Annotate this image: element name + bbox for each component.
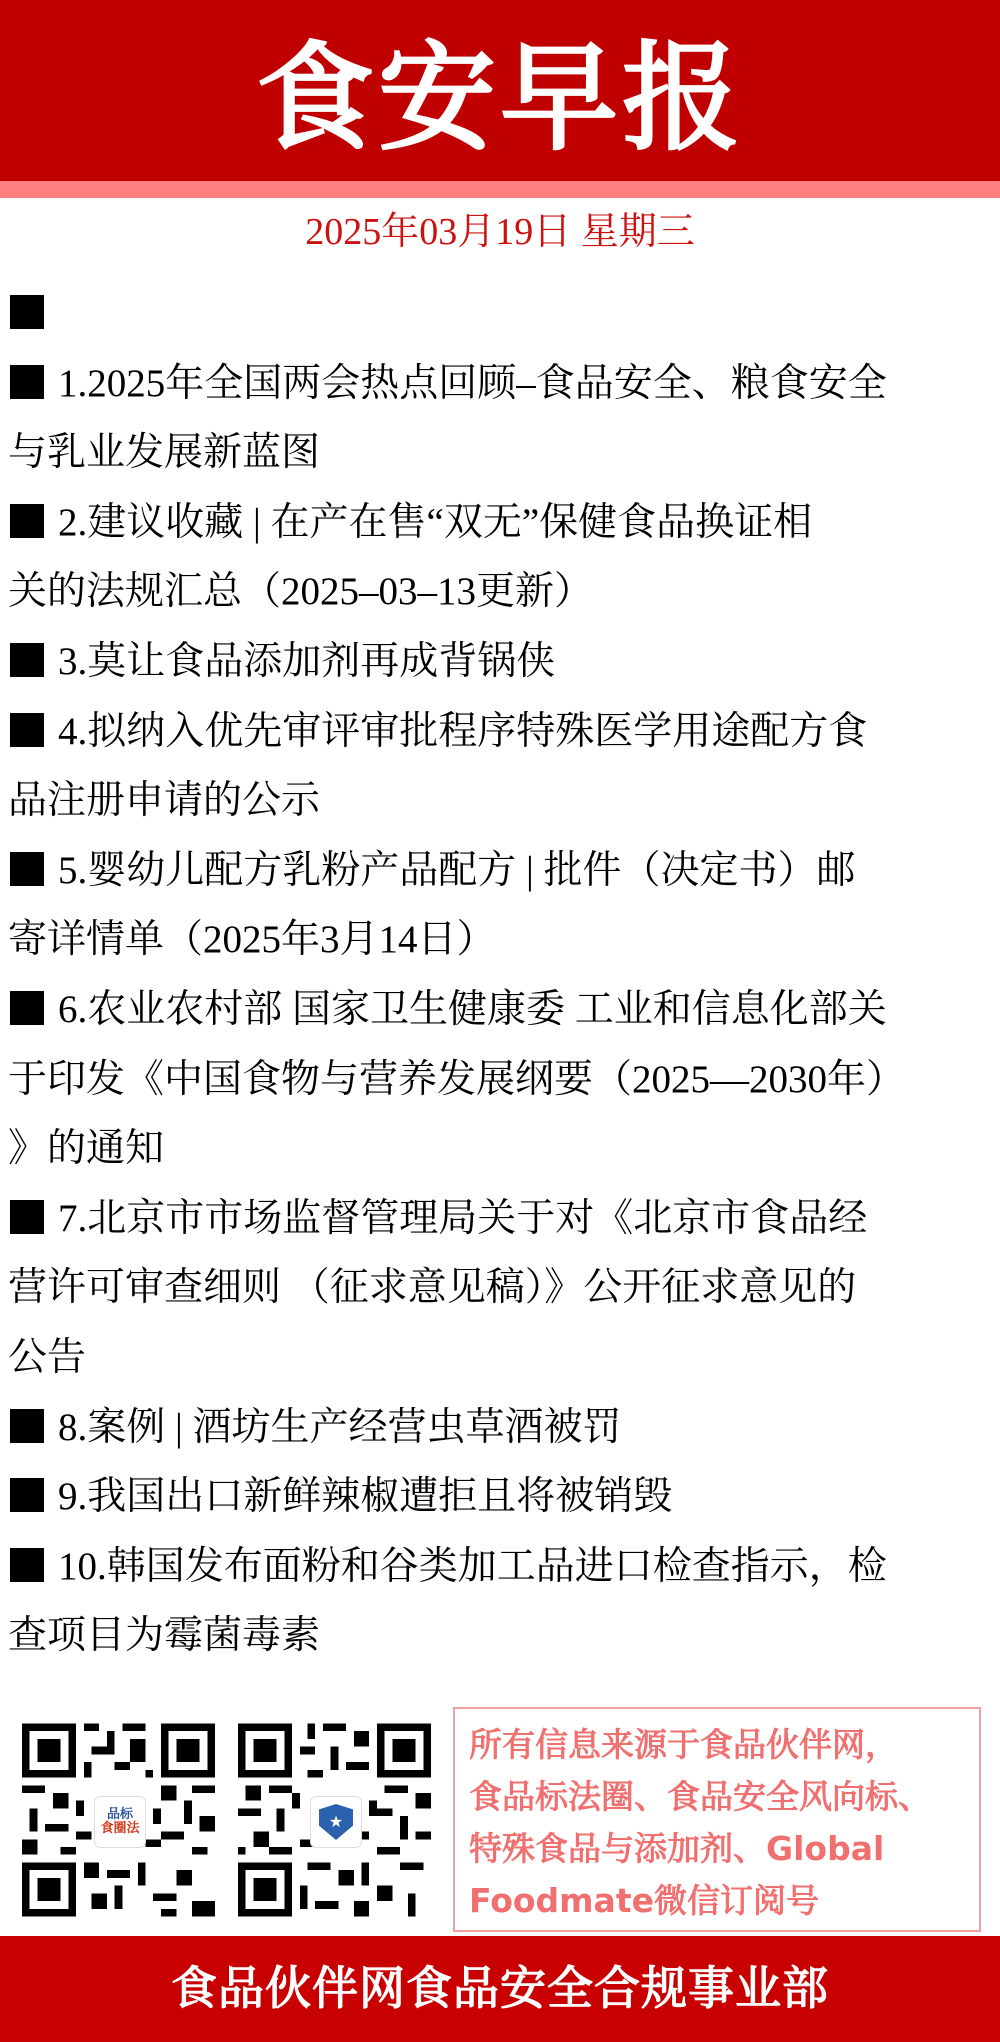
news-item-10-cont[interactable]: 查项目为霉菌毒素	[8, 1601, 993, 1671]
news-item-2[interactable]: 2.建议收藏 | 在产在售“双无”保健食品换证相	[8, 488, 993, 558]
bullet-square-icon	[10, 504, 44, 538]
list-item-empty	[8, 279, 993, 349]
header-stripe	[0, 181, 1000, 198]
news-item-6-cont[interactable]: 于印发《中国食物与营养发展纲要（2025—2030年）	[8, 1045, 993, 1115]
news-item-1-cont[interactable]: 与乳业发展新蓝图	[8, 418, 993, 488]
news-item-5-cont[interactable]: 寄详情单（2025年3月14日）	[8, 905, 993, 975]
news-item-10[interactable]: 10.韩国发布面粉和谷类加工品进口检查指示，检	[8, 1532, 993, 1602]
footer-department: 食品伙伴网食品安全合规事业部	[0, 1958, 1000, 2018]
news-item-4[interactable]: 4.拟纳入优先审评审批程序特殊医学用途配方食	[8, 697, 993, 767]
bullet-square-icon	[10, 1478, 44, 1512]
news-item-1[interactable]: 1.2025年全国两会热点回顾–食品安全、粮食安全	[8, 349, 993, 419]
bullet-square-icon	[10, 1548, 44, 1582]
news-item-8[interactable]: 8.案例 | 酒坊生产经营虫草酒被罚	[8, 1393, 993, 1463]
news-item-7[interactable]: 7.北京市市场监督管理局关于对《北京市食品经	[8, 1184, 993, 1254]
bullet-square-icon	[10, 295, 44, 329]
page-title: 食安早报	[0, 28, 1000, 168]
source-notice-box: 所有信息来源于食品伙伴网， 食品标法圈、食品安全风向标、 特殊食品与添加剂、Gl…	[453, 1707, 981, 1932]
news-item-5[interactable]: 5.婴幼儿配方乳粉产品配方 | 批件（决定书）邮	[8, 836, 993, 906]
news-item-7-cont[interactable]: 营许可审查细则 （征求意见稿）》公开征求意见的	[8, 1253, 993, 1323]
news-list: 1.2025年全国两会热点回顾–食品安全、粮食安全 与乳业发展新蓝图 2.建议收…	[8, 279, 993, 1671]
qr-code-shipinbiaofaquan: 品标食圈法	[22, 1723, 215, 1917]
issue-date: 2025年03月19日 星期三	[0, 207, 1000, 257]
bullet-square-icon	[10, 713, 44, 747]
news-item-4-cont[interactable]: 品注册申请的公示	[8, 766, 993, 836]
bullet-square-icon	[10, 643, 44, 677]
bullet-square-icon	[10, 365, 44, 399]
bullet-square-icon	[10, 1200, 44, 1234]
news-item-6-cont2[interactable]: 》的通知	[8, 1114, 993, 1184]
news-item-6[interactable]: 6.农业农村部 国家卫生健康委 工业和信息化部关	[8, 975, 993, 1045]
foodmate-logo: ★	[310, 1796, 362, 1848]
qr-code-foodmate: ★	[238, 1723, 431, 1917]
source-line: 所有信息来源于食品伙伴网，	[469, 1719, 979, 1771]
shipinbiaofaquan-logo: 品标食圈法	[94, 1796, 146, 1848]
bullet-square-icon	[10, 991, 44, 1025]
news-item-9[interactable]: 9.我国出口新鲜辣椒遭拒且将被销毁	[8, 1462, 993, 1532]
bullet-square-icon	[10, 852, 44, 886]
news-item-7-cont2[interactable]: 公告	[8, 1323, 993, 1393]
news-item-3[interactable]: 3.莫让食品添加剂再成背锅侠	[8, 627, 993, 697]
source-line: 特殊食品与添加剂、Global	[469, 1823, 979, 1875]
header-banner: 食安早报	[0, 0, 1000, 181]
footer-banner: 食品伙伴网食品安全合规事业部	[0, 1936, 1000, 2042]
source-line: 食品标法圈、食品安全风向标、	[469, 1771, 979, 1823]
shield-badge-icon: ★	[319, 1804, 353, 1840]
news-item-2-cont[interactable]: 关的法规汇总（2025–03–13更新）	[8, 557, 993, 627]
source-line: Foodmate微信订阅号	[469, 1875, 979, 1927]
bullet-square-icon	[10, 1409, 44, 1443]
